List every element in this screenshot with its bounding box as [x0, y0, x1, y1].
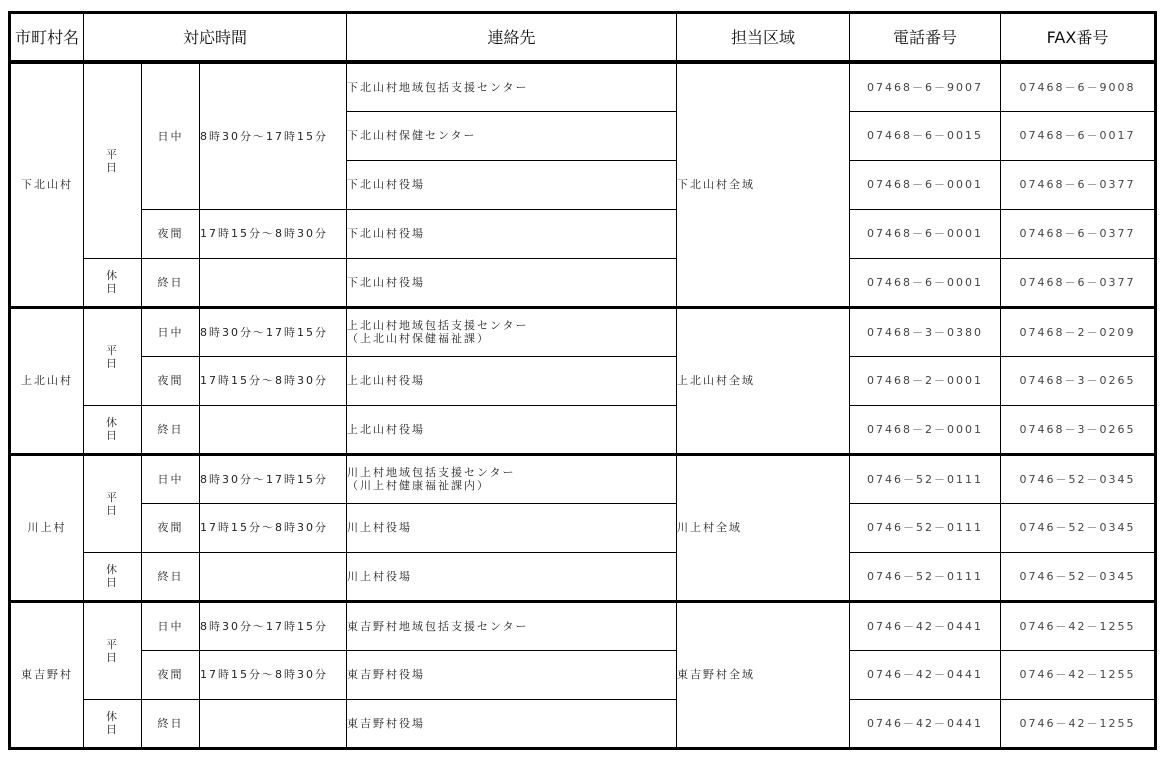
allday-label: 終日: [142, 405, 200, 454]
holiday-label: 休日: [84, 405, 142, 454]
contact-name: 川上村役場: [347, 503, 677, 552]
municipality-group: 下北山村 平日 日中 8時30分～17時15分 下北山村地域包括支援センター 下…: [10, 62, 1156, 307]
phone-number: 07468－2－0001: [850, 405, 1001, 454]
header-contact: 連絡先: [347, 13, 677, 63]
fax-number: 07468－6－9008: [1001, 62, 1156, 111]
daytime-hours: 8時30分～17時15分: [200, 62, 347, 209]
municipality-group: 東吉野村 平日 日中 8時30分～17時15分 東吉野村地域包括支援センター 東…: [10, 601, 1156, 748]
night-label: 夜間: [142, 650, 200, 699]
contact-name: 下北山村役場: [347, 160, 677, 209]
service-area: 東吉野村全域: [677, 601, 850, 748]
phone-number: 07468－3－0380: [850, 307, 1001, 356]
daytime-label: 日中: [142, 307, 200, 356]
municipality-name: 東吉野村: [10, 601, 84, 748]
night-label: 夜間: [142, 356, 200, 405]
daytime-label: 日中: [142, 454, 200, 503]
contact-name: 下北山村役場: [347, 209, 677, 258]
phone-number: 0746－52－0111: [850, 503, 1001, 552]
daytime-label: 日中: [142, 62, 200, 209]
night-hours: 17時15分～8時30分: [200, 356, 347, 405]
contact-table: 市町村名 対応時間 連絡先 担当区域 電話番号 FAX番号 下北山村 平日 日中…: [8, 11, 1157, 750]
municipality-group: 上北山村 平日 日中 8時30分～17時15分 上北山村地域包括支援センター（上…: [10, 307, 1156, 454]
table-row: 川上村 平日 日中 8時30分～17時15分 川上村地域包括支援センター（川上村…: [10, 454, 1156, 503]
daytime-hours: 8時30分～17時15分: [200, 601, 347, 650]
table-row: 夜間 17時15分～8時30分 上北山村役場 07468－2－0001 0746…: [10, 356, 1156, 405]
night-hours: 17時15分～8時30分: [200, 209, 347, 258]
allday-hours: [200, 258, 347, 307]
table-row: 下北山村 平日 日中 8時30分～17時15分 下北山村地域包括支援センター 下…: [10, 62, 1156, 111]
contact-name: 川上村地域包括支援センター（川上村健康福祉課内）: [347, 454, 677, 503]
daytime-hours: 8時30分～17時15分: [200, 307, 347, 356]
table-row: 夜間 17時15分～8時30分 川上村役場 0746－52－0111 0746－…: [10, 503, 1156, 552]
phone-number: 07468－6－0001: [850, 209, 1001, 258]
contact-name: 下北山村役場: [347, 258, 677, 307]
weekday-label: 平日: [84, 601, 142, 699]
service-area: 下北山村全域: [677, 62, 850, 307]
allday-hours: [200, 699, 347, 748]
municipality-group: 川上村 平日 日中 8時30分～17時15分 川上村地域包括支援センター（川上村…: [10, 454, 1156, 601]
municipality-name: 上北山村: [10, 307, 84, 454]
header-row: 市町村名 対応時間 連絡先 担当区域 電話番号 FAX番号: [10, 13, 1156, 63]
phone-number: 07468－6－0001: [850, 258, 1001, 307]
header-municipality: 市町村名: [10, 13, 84, 63]
holiday-label: 休日: [84, 552, 142, 601]
allday-hours: [200, 405, 347, 454]
contact-name: 東吉野村役場: [347, 699, 677, 748]
table-row: 東吉野村 平日 日中 8時30分～17時15分 東吉野村地域包括支援センター 東…: [10, 601, 1156, 650]
fax-number: 0746－52－0345: [1001, 552, 1156, 601]
fax-number: 0746－42－1255: [1001, 601, 1156, 650]
contact-name: 上北山村役場: [347, 405, 677, 454]
night-hours: 17時15分～8時30分: [200, 503, 347, 552]
table-row: 夜間 17時15分～8時30分 東吉野村役場 0746－42－0441 0746…: [10, 650, 1156, 699]
fax-number: 0746－52－0345: [1001, 503, 1156, 552]
weekday-label: 平日: [84, 307, 142, 405]
night-hours: 17時15分～8時30分: [200, 650, 347, 699]
contact-name: 川上村役場: [347, 552, 677, 601]
night-label: 夜間: [142, 209, 200, 258]
service-area: 上北山村全域: [677, 307, 850, 454]
phone-number: 07468－6－0001: [850, 160, 1001, 209]
allday-label: 終日: [142, 699, 200, 748]
header-area: 担当区域: [677, 13, 850, 63]
fax-number: 07468－2－0209: [1001, 307, 1156, 356]
holiday-label: 休日: [84, 258, 142, 307]
allday-hours: [200, 552, 347, 601]
phone-number: 0746－42－0441: [850, 601, 1001, 650]
contact-name: 下北山村保健センター: [347, 111, 677, 160]
table-row: 休日 終日 下北山村役場 07468－6－0001 07468－6－0377: [10, 258, 1156, 307]
header-fax: FAX番号: [1001, 13, 1156, 63]
night-label: 夜間: [142, 503, 200, 552]
phone-number: 0746－42－0441: [850, 699, 1001, 748]
service-area: 川上村全域: [677, 454, 850, 601]
table-row: 休日 終日 川上村役場 0746－52－0111 0746－52－0345: [10, 552, 1156, 601]
phone-number: 0746－52－0111: [850, 552, 1001, 601]
fax-number: 0746－42－1255: [1001, 699, 1156, 748]
municipality-name: 下北山村: [10, 62, 84, 307]
phone-number: 07468－6－9007: [850, 62, 1001, 111]
municipality-name: 川上村: [10, 454, 84, 601]
fax-number: 07468－6－0377: [1001, 160, 1156, 209]
fax-number: 07468－3－0265: [1001, 405, 1156, 454]
contact-name: 上北山村地域包括支援センター（上北山村保健福祉課）: [347, 307, 677, 356]
contact-name: 東吉野村役場: [347, 650, 677, 699]
table-row: 休日 終日 上北山村役場 07468－2－0001 07468－3－0265: [10, 405, 1156, 454]
weekday-label: 平日: [84, 454, 142, 552]
fax-number: 0746－52－0345: [1001, 454, 1156, 503]
allday-label: 終日: [142, 258, 200, 307]
phone-number: 07468－6－0015: [850, 111, 1001, 160]
table-row: 夜間 17時15分～8時30分 下北山村役場 07468－6－0001 0746…: [10, 209, 1156, 258]
phone-number: 0746－42－0441: [850, 650, 1001, 699]
table-row: 休日 終日 東吉野村役場 0746－42－0441 0746－42－1255: [10, 699, 1156, 748]
holiday-label: 休日: [84, 699, 142, 748]
weekday-label: 平日: [84, 62, 142, 258]
fax-number: 07468－6－0377: [1001, 209, 1156, 258]
contact-name: 東吉野村地域包括支援センター: [347, 601, 677, 650]
contact-name: 下北山村地域包括支援センター: [347, 62, 677, 111]
header-hours: 対応時間: [84, 13, 347, 63]
daytime-hours: 8時30分～17時15分: [200, 454, 347, 503]
contact-name: 上北山村役場: [347, 356, 677, 405]
phone-number: 07468－2－0001: [850, 356, 1001, 405]
fax-number: 0746－42－1255: [1001, 650, 1156, 699]
fax-number: 07468－6－0377: [1001, 258, 1156, 307]
header-phone: 電話番号: [850, 13, 1001, 63]
daytime-label: 日中: [142, 601, 200, 650]
table-row: 上北山村 平日 日中 8時30分～17時15分 上北山村地域包括支援センター（上…: [10, 307, 1156, 356]
fax-number: 07468－3－0265: [1001, 356, 1156, 405]
fax-number: 07468－6－0017: [1001, 111, 1156, 160]
phone-number: 0746－52－0111: [850, 454, 1001, 503]
allday-label: 終日: [142, 552, 200, 601]
